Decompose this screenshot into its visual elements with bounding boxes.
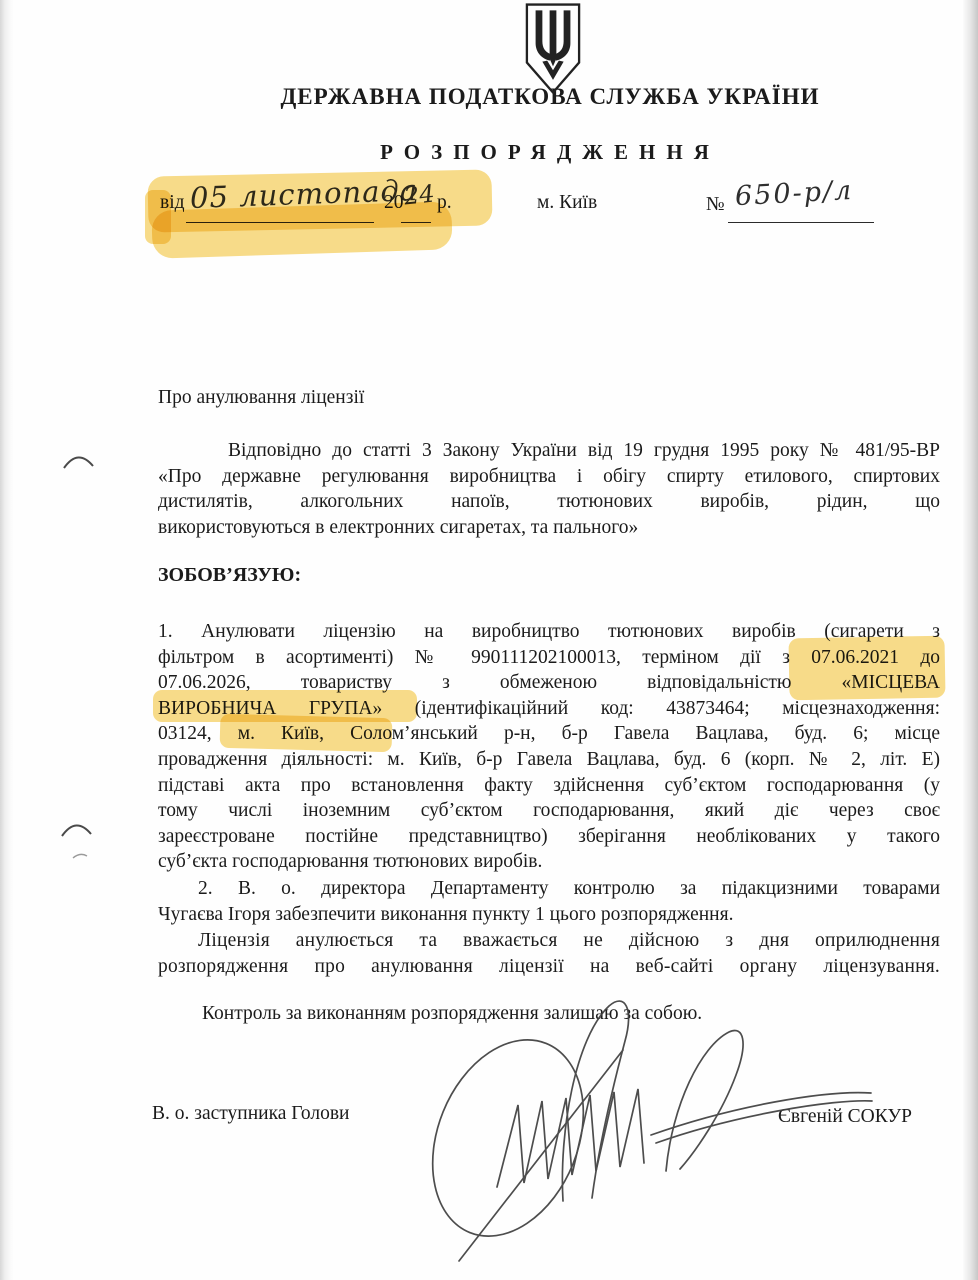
item1-line: зареєстроване постійне представництво) з… — [158, 824, 940, 850]
item1-line: тому числі іноземним суб’єктом господарю… — [158, 798, 940, 824]
intro-line: «Про державне регулювання виробництва і … — [158, 464, 940, 490]
scan-edge-right — [963, 0, 978, 1280]
number-sign: № — [706, 194, 725, 216]
ukraine-trident-emblem — [524, 2, 582, 96]
license-note-paragraph: Ліцензія анулюється та вважається не дій… — [158, 928, 940, 979]
document-type-title: РОЗПОРЯДЖЕННЯ — [140, 140, 960, 165]
highlight-license-term — [788, 636, 945, 701]
item1-line: провадження діяльності: м. Київ, б-р Гав… — [158, 747, 940, 773]
intro-paragraph: Відповідно до статті 3 Закону України ві… — [158, 438, 940, 540]
scan-mark-squiggle — [72, 852, 88, 862]
item1-line: підставі акта про встановлення факту зді… — [158, 773, 940, 799]
obligate-heading: ЗОБОВ’ЯЗУЮ: — [158, 564, 301, 587]
signature — [413, 993, 883, 1280]
scan-mark-arc-2 — [60, 818, 94, 842]
highlight-date-lower — [151, 201, 452, 258]
item-2-paragraph: 2. В. о. директора Департаменту контролю… — [158, 876, 940, 927]
intro-line: Відповідно до статті 3 Закону України ві… — [158, 438, 940, 464]
item2-line: 2. В. о. директора Департаменту контролю… — [158, 876, 940, 902]
item2-line: Чугаєва Ігоря забезпечити виконання пунк… — [158, 902, 940, 928]
note-line: Ліцензія анулюється та вважається не дій… — [158, 928, 940, 954]
scan-mark-arc-1 — [62, 450, 96, 474]
document-page: ДЕРЖАВНА ПОДАТКОВА СЛУЖБА УКРАЇНИ РОЗПОР… — [0, 0, 978, 1280]
city-label: м. Київ — [537, 192, 597, 214]
item1-line: суб’єкта господарювання тютюнових виробі… — [158, 849, 940, 875]
intro-line: використовуються в електронних сигаретах… — [158, 515, 940, 541]
number-underline — [728, 202, 874, 223]
intro-line: дистилятів, алкогольних напоїв, тютюнови… — [158, 489, 940, 515]
scan-edge-left — [0, 0, 14, 1280]
note-line: розпорядження про анулювання ліцензії на… — [158, 954, 940, 980]
subject-line: Про анулювання ліцензії — [158, 387, 364, 409]
highlight-date-tail — [145, 190, 171, 244]
signer-position: В. о. заступника Голови — [152, 1103, 349, 1125]
highlight-company-city — [220, 714, 393, 752]
